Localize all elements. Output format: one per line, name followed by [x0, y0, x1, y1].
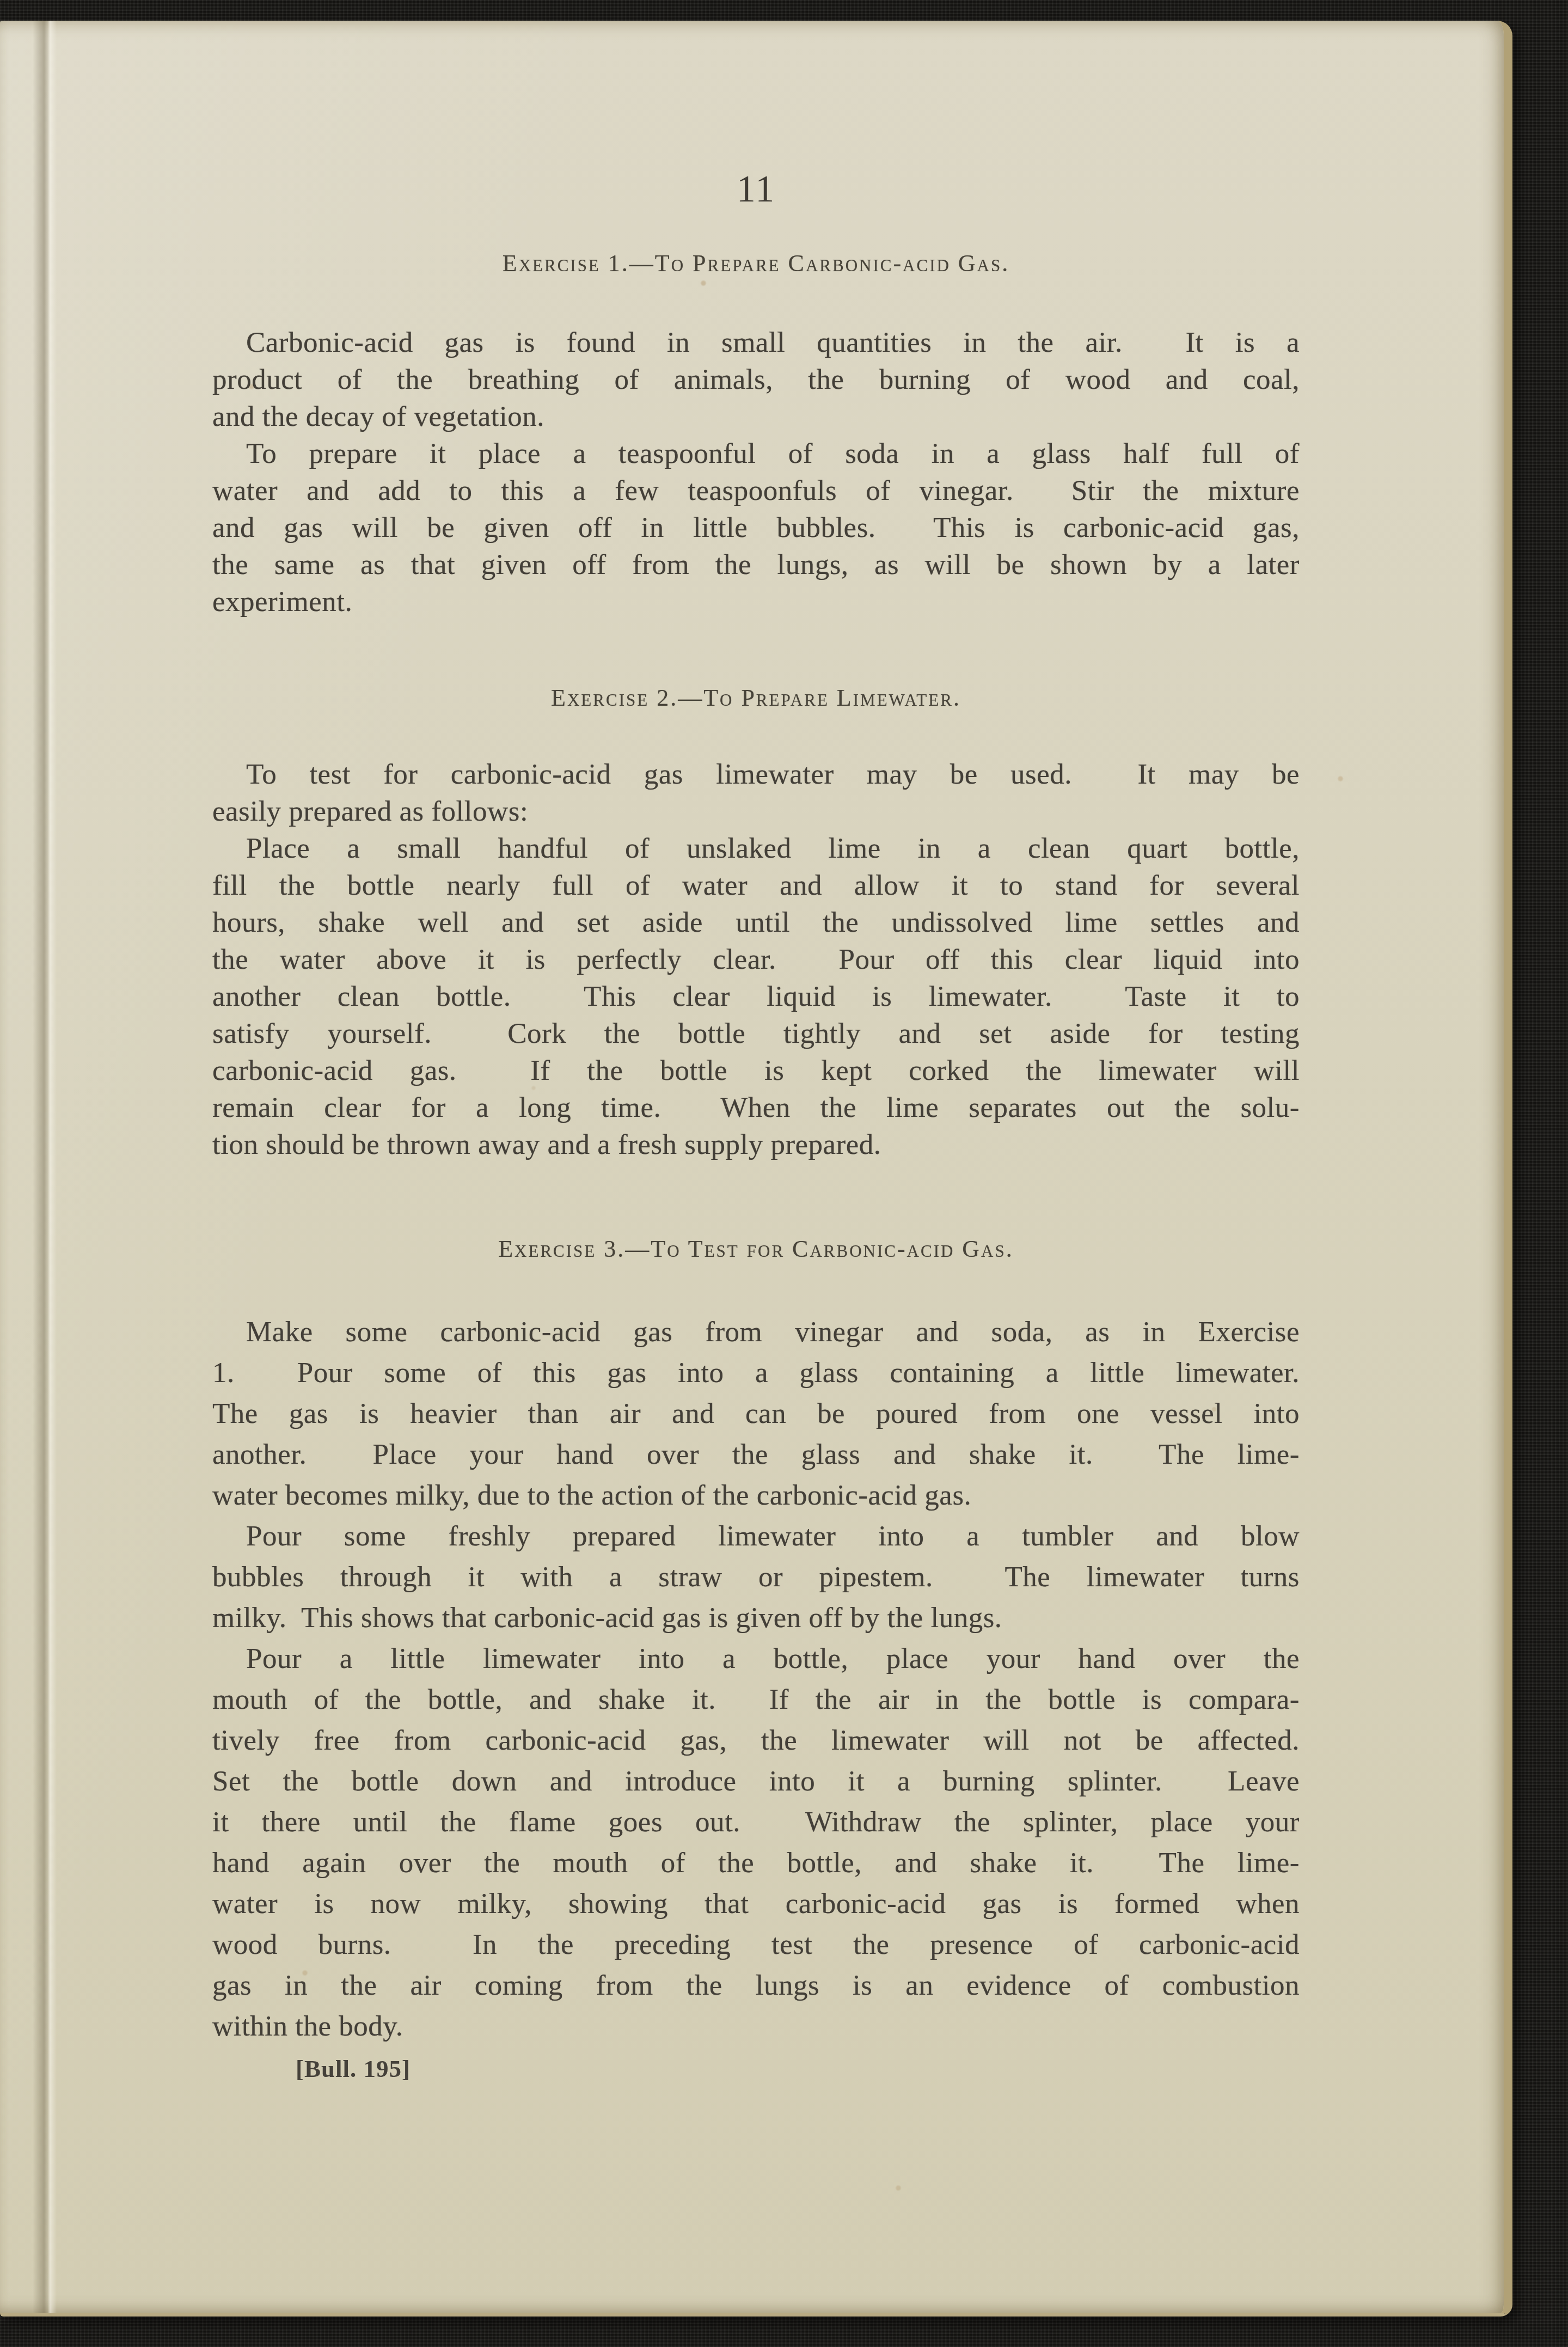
text-line: and the decay of vegetation.	[212, 398, 1300, 435]
text-line: Set the bottle down and introduce into i…	[212, 1761, 1300, 1802]
page-footer: [Bull. 195]	[296, 2057, 411, 2081]
text-line: wood burns. In the preceding test the pr…	[212, 1924, 1300, 1965]
text-line: product of the breathing of animals, the…	[212, 361, 1300, 398]
section-heading: Exercise 2.—To Prepare Limewater.	[212, 686, 1300, 710]
text-line: experiment.	[212, 583, 1300, 620]
text-line: 1. Pour some of this gas into a glass co…	[212, 1353, 1300, 1393]
text-line: hand again over the mouth of the bottle,…	[212, 1843, 1300, 1884]
text-line: remain clear for a long time. When the l…	[212, 1089, 1300, 1126]
paragraph: Place a small handful of unslaked lime i…	[212, 830, 1300, 1163]
page-number: 11	[212, 170, 1300, 209]
text-line: milky. This shows that carbonic-acid gas…	[212, 1598, 1300, 1639]
text-line: Pour some freshly prepared limewater int…	[212, 1516, 1300, 1557]
text-line: fill the bottle nearly full of water and…	[212, 867, 1300, 904]
text-line: Place a small handful of unslaked lime i…	[212, 830, 1300, 867]
text-line: the water above it is perfectly clear. P…	[212, 941, 1300, 978]
text-line: The gas is heavier than air and can be p…	[212, 1393, 1300, 1434]
text-line: water becomes milky, due to the action o…	[212, 1475, 1300, 1516]
text-line: satisfy yourself. Cork the bottle tightl…	[212, 1015, 1300, 1052]
text-line: another. Place your hand over the glass …	[212, 1434, 1300, 1475]
text-line: Pour a little limewater into a bottle, p…	[212, 1639, 1300, 1679]
text-line: To test for carbonic-acid gas limewater …	[212, 756, 1300, 793]
text-line: gas in the air coming from the lungs is …	[212, 1965, 1300, 2006]
text-line: hours, shake well and set aside until th…	[212, 904, 1300, 941]
scan-background: { "document": { "page_number": "11", "fo…	[0, 0, 1568, 2347]
text-line: Carbonic-acid gas is found in small quan…	[212, 324, 1300, 361]
text-line: water and add to this a few teaspoonfuls…	[212, 472, 1300, 509]
text-line: tively free from carbonic-acid gas, the …	[212, 1720, 1300, 1761]
book-page: 11 Exercise 1.—To Prepare Carbonic-acid …	[0, 21, 1512, 2317]
text-line: easily prepared as follows:	[212, 793, 1300, 830]
text-line: To prepare it place a teaspoonful of sod…	[212, 435, 1300, 472]
text-line: mouth of the bottle, and shake it. If th…	[212, 1679, 1300, 1720]
section-heading: Exercise 1.—To Prepare Carbonic-acid Gas…	[212, 252, 1300, 276]
section-heading: Exercise 3.—To Test for Carbonic-acid Ga…	[212, 1237, 1300, 1261]
paragraph: Pour a little limewater into a bottle, p…	[212, 1639, 1300, 2047]
paragraph: To prepare it place a teaspoonful of sod…	[212, 435, 1300, 620]
text-line: tion should be thrown away and a fresh s…	[212, 1126, 1300, 1163]
paragraph: Carbonic-acid gas is found in small quan…	[212, 324, 1300, 435]
text-line: another clean bottle. This clear liquid …	[212, 978, 1300, 1015]
page-gutter-crease	[33, 21, 60, 2313]
text-line: and gas will be given off in little bubb…	[212, 509, 1300, 546]
text-line: it there until the flame goes out. Withd…	[212, 1802, 1300, 1843]
paragraph: To test for carbonic-acid gas limewater …	[212, 756, 1300, 830]
text-line: Make some carbonic-acid gas from vinegar…	[212, 1312, 1300, 1353]
paragraph: Make some carbonic-acid gas from vinegar…	[212, 1312, 1300, 1516]
text-line: carbonic-acid gas. If the bottle is kept…	[212, 1052, 1300, 1089]
text-line: within the body.	[212, 2006, 1300, 2047]
text-line: water is now milky, showing that carboni…	[212, 1884, 1300, 1924]
text-line: the same as that given off from the lung…	[212, 546, 1300, 583]
text-line: bubbles through it with a straw or pipes…	[212, 1557, 1300, 1598]
paragraph: Pour some freshly prepared limewater int…	[212, 1516, 1300, 1639]
